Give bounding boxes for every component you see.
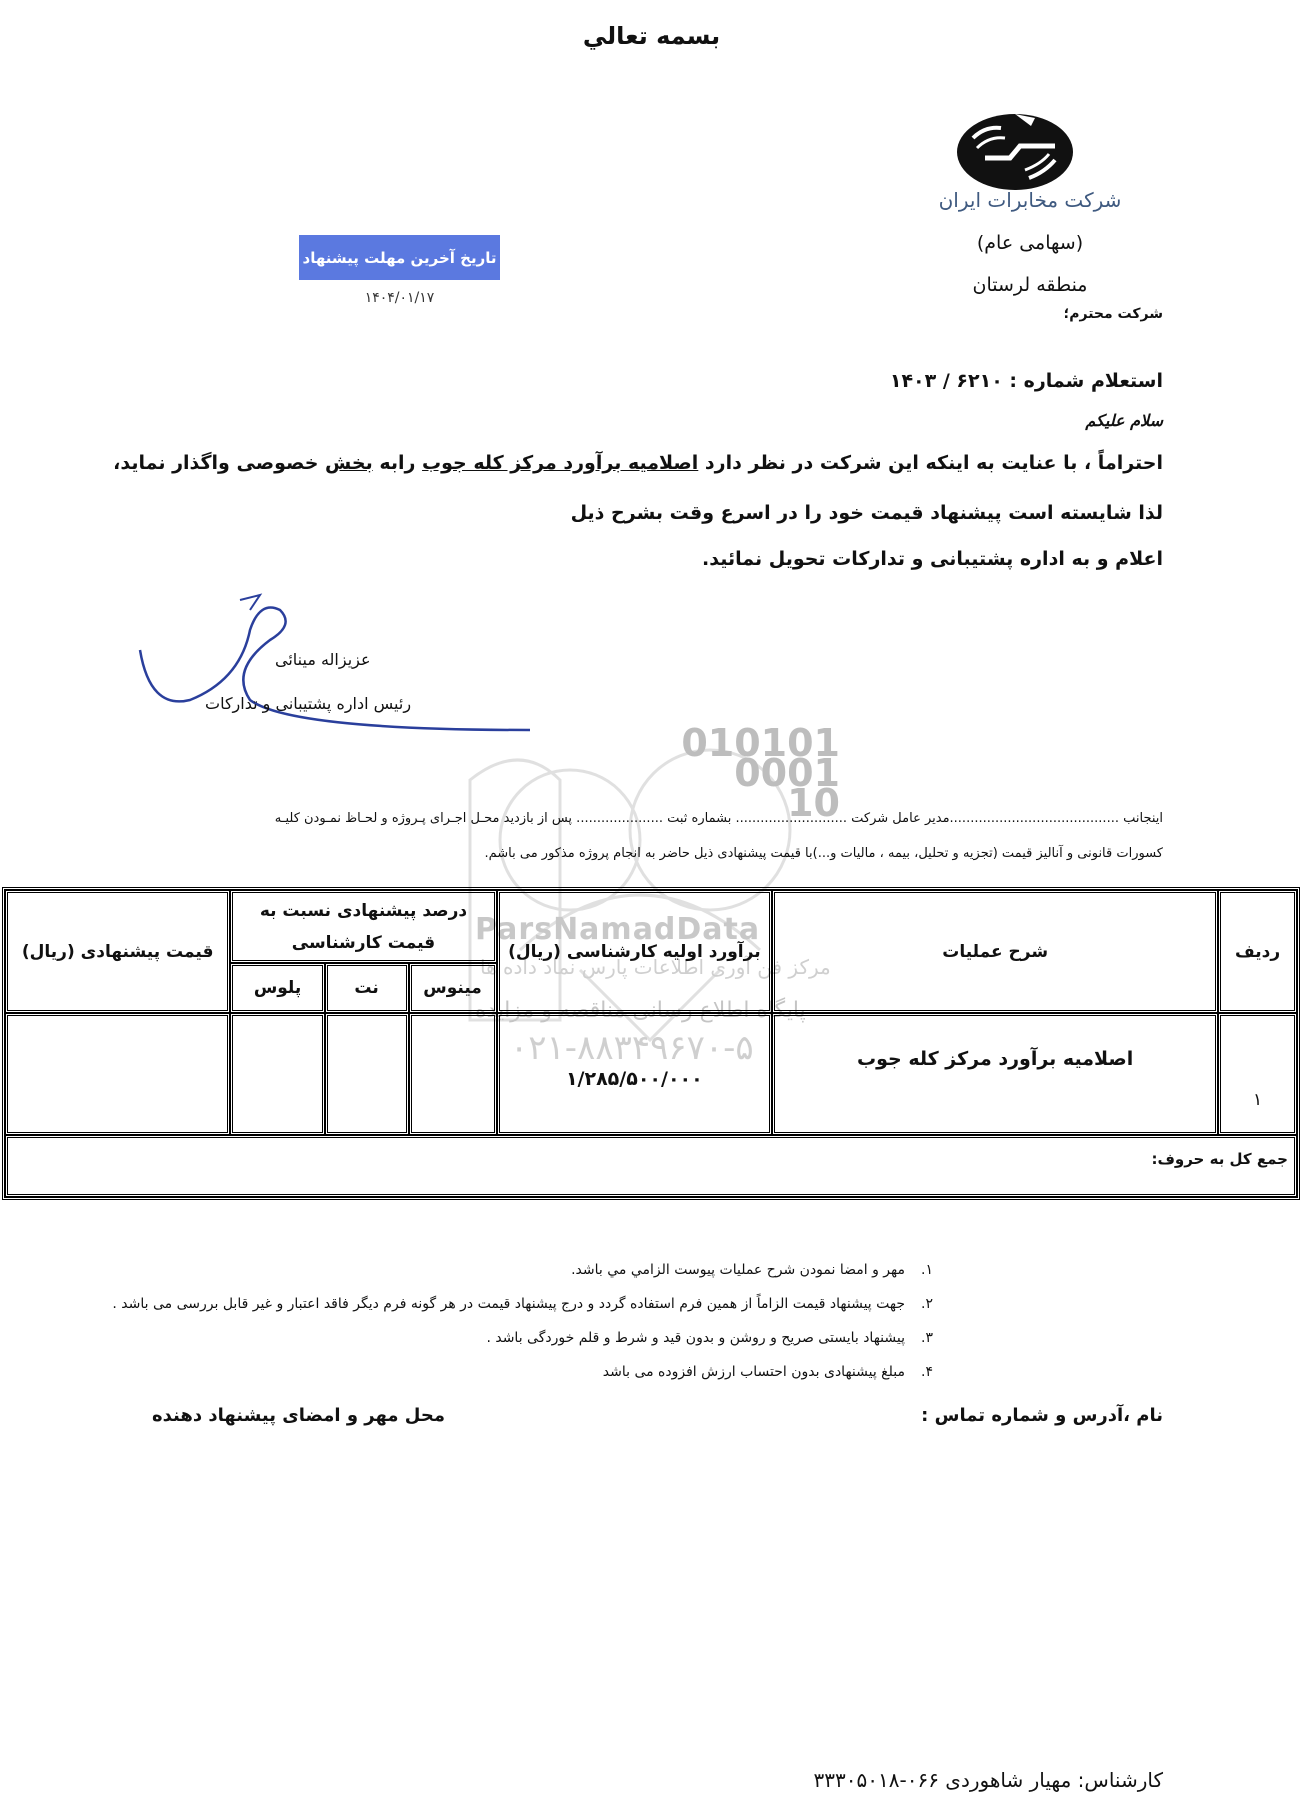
declaration-line-2: کسورات قانونی و آنالیز قیمت (تجزیه و تحل…: [484, 846, 1163, 861]
total-in-words-field[interactable]: جمع کل به حروف:: [5, 1135, 1297, 1197]
expert-contact: کارشناس: مهیار شاهوردی ۰۶۶-۳۳۳۰۵۰۱۸: [814, 1768, 1163, 1792]
letter-paragraph-2: لذا شایسته است پیشنهاد قیمت خود را در اس…: [571, 502, 1163, 524]
deadline-label-badge: تاریخ آخرین مهلت پیشنهاد: [299, 235, 500, 280]
company-type: (سهامی عام): [960, 232, 1100, 254]
sector-text: بخش: [325, 452, 373, 474]
declaration-line-1: اینجانب ................................…: [275, 811, 1163, 826]
header-net: نت: [325, 963, 409, 1013]
stamp-signature-label: محل مهر و امضای پیشنهاد دهنده: [152, 1405, 445, 1426]
cell-description: اصلامیه برآورد مرکز کله جوب: [772, 1013, 1218, 1135]
header-percent-group: درصد پیشنهادی نسبت به قیمت کارشناسی: [230, 890, 496, 963]
cell-net-input[interactable]: [325, 1013, 409, 1135]
note-item-2: ۲.جهت پیشنهاد قیمت الزاماً از همین فرم ا…: [112, 1296, 933, 1312]
cell-plus-input[interactable]: [230, 1013, 324, 1135]
header-plus: پلوس: [230, 963, 324, 1013]
total-in-words-label: جمع کل به حروف:: [1151, 1150, 1288, 1168]
subject-text: اصلامیه برآورد مرکز کله جوب: [422, 452, 698, 474]
header-minus: مینوس: [409, 963, 497, 1013]
cell-initial-estimate: ۱/۲۸۵/۵۰۰/۰۰۰: [497, 1013, 773, 1135]
watermark-digits: 010101 0001 10: [650, 728, 840, 818]
note-item-3: ۳.پیشنهاد بایستی صریح و روشن و بدون قید …: [486, 1330, 933, 1346]
inquiry-number: استعلام شماره : ۶۲۱۰ / ۱۴۰۳: [890, 370, 1163, 392]
note-item-1: ۱.مهر و امضا نمودن شرح عملیات پیوست الزا…: [571, 1262, 933, 1278]
contact-info-label: نام ،آدرس و شماره تماس :: [921, 1405, 1163, 1426]
header-row-no: ردیف: [1218, 890, 1297, 1013]
signatory-title: رئیس اداره پشتیبانی و تدارکات: [205, 694, 411, 713]
company-name: شرکت مخابرات ایران: [930, 188, 1130, 212]
cell-minus-input[interactable]: [409, 1013, 497, 1135]
signatory-name: عزیزاله مینائی: [275, 650, 371, 669]
cell-row-no: ۱: [1218, 1013, 1297, 1135]
addressee: شرکت محترم؛: [1064, 306, 1163, 322]
company-region: منطقه لرستان: [955, 274, 1105, 296]
price-proposal-table: ردیف شرح عملیات برآورد اولیه کارشناسی (ر…: [2, 887, 1300, 1200]
header-initial-estimate: برآورد اولیه کارشناسی (ریال): [497, 890, 773, 1013]
telecom-logo-icon: [955, 108, 1075, 192]
table-row: ۱ اصلامیه برآورد مرکز کله جوب ۱/۲۸۵/۵۰۰/…: [5, 1013, 1297, 1135]
letter-paragraph-1: احتراماً ، با عنایت به اینکه این شرکت در…: [113, 452, 1163, 474]
letter-paragraph-3: اعلام و به اداره پشتیبانی و تدارکات تحوی…: [702, 548, 1163, 570]
cell-proposed-price-input[interactable]: [5, 1013, 230, 1135]
greeting: سلام علیکم: [1085, 411, 1163, 430]
deadline-date: ۱۴۰۴/۰۱/۱۷: [299, 290, 500, 306]
header-description: شرح عملیات: [772, 890, 1218, 1013]
header-proposed-price: قیمت پیشنهادی (ریال): [5, 890, 230, 1013]
note-item-4: ۴.مبلغ پیشنهادی بدون احتساب ارزش افزوده …: [603, 1364, 933, 1380]
bismillah-heading: بسمه تعالي: [0, 22, 1303, 50]
